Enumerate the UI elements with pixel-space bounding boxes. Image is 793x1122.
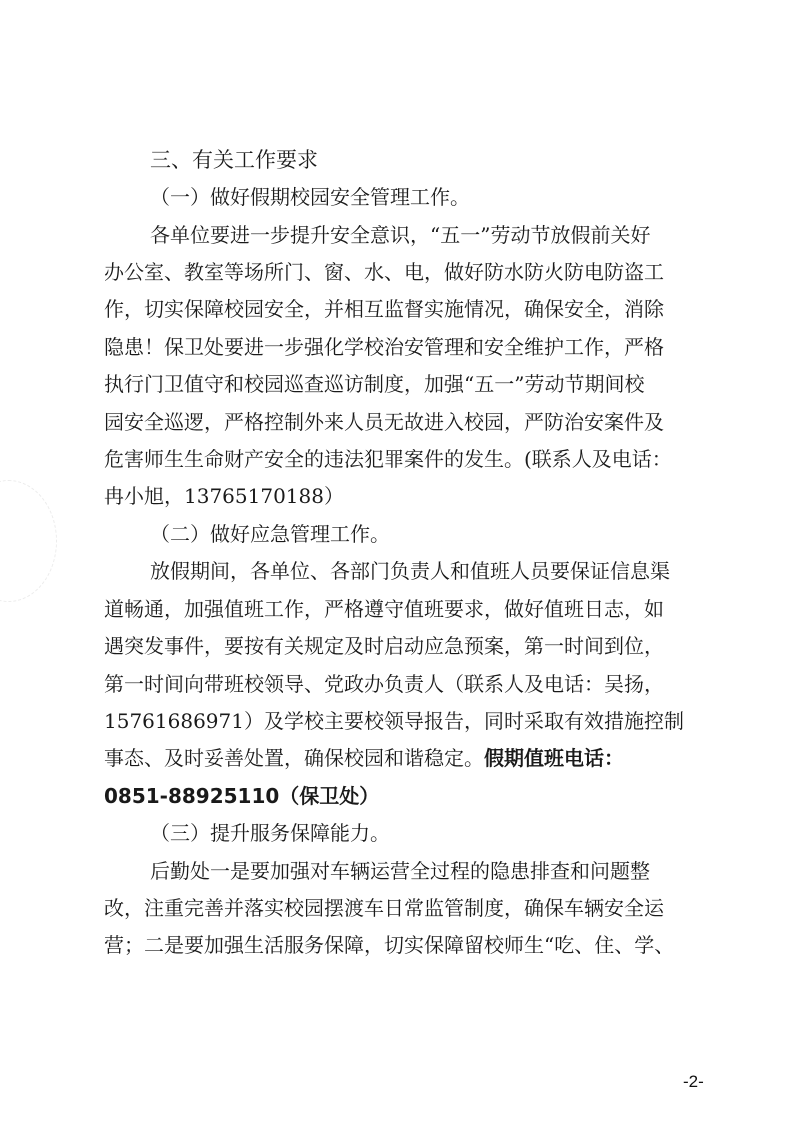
paragraph-line: 园安全巡逻，严格控制外来人员无故进入校园，严防治安案件及 <box>104 409 704 435</box>
document-page: 三、有关工作要求 （一）做好假期校园安全管理工作。 各单位要进一步提升安全意识，… <box>0 0 793 1122</box>
subsection-2-title: （二）做好应急管理工作。 <box>150 521 750 547</box>
subsection-3-title: （三）提升服务保障能力。 <box>150 820 750 846</box>
paragraph-line: 遇突发事件，要按有关规定及时启动应急预案，第一时间到位， <box>104 633 704 659</box>
subsection-1-title: （一）做好假期校园安全管理工作。 <box>150 184 750 210</box>
section-heading: 三、有关工作要求 <box>150 147 750 173</box>
page-number: -2- <box>683 1072 704 1092</box>
duty-phone-label: 假期值班电话： <box>484 746 624 770</box>
faint-seal-stamp <box>0 480 57 602</box>
paragraph-line: 作，切实保障校园安全，并相互监督实施情况，确保安全，消除 <box>104 296 704 322</box>
paragraph-line: 冉小旭，13765170188） <box>104 483 704 509</box>
paragraph-line: 改，注重完善并落实校园摆渡车日常监管制度，确保车辆安全运 <box>104 895 704 921</box>
paragraph-line: 执行门卫值守和校园巡查巡访制度，加强“五一”劳动节期间校 <box>104 371 704 397</box>
paragraph-line: 后勤处一是要加强对车辆运营全过程的隐患排查和问题整 <box>150 858 690 884</box>
paragraph-line: 各单位要进一步提升安全意识，“五一”劳动节放假前关好 <box>150 222 690 248</box>
paragraph-line: 营；二是要加强生活服务保障，切实保障留校师生“吃、住、学、 <box>104 932 704 958</box>
paragraph-line: 第一时间向带班校领导、党政办负责人（联系人及电话：吴扬， <box>104 671 704 697</box>
paragraph-line: 隐患！保卫处要进一步强化学校治安管理和安全维护工作，严格 <box>104 334 704 360</box>
paragraph-line-with-bold: 事态、及时妥善处置，确保校园和谐稳定。假期值班电话： <box>104 745 704 771</box>
paragraph-line: 15761686971）及学校主要校领导报告，同时采取有效措施控制 <box>104 708 704 734</box>
paragraph-line: 办公室、教室等场所门、窗、水、电，做好防水防火防电防盗工 <box>104 259 704 285</box>
paragraph-line: 道畅通，加强值班工作，严格遵守值班要求，做好值班日志，如 <box>104 596 704 622</box>
paragraph-line: 危害师生生命财产安全的违法犯罪案件的发生。(联系人及电话： <box>104 446 704 472</box>
paragraph-text: 事态、及时妥善处置，确保校园和谐稳定。 <box>104 746 484 770</box>
duty-phone-number: 0851-88925110（保卫处） <box>104 783 704 809</box>
paragraph-line: 放假期间，各单位、各部门负责人和值班人员要保证信息渠 <box>150 558 690 584</box>
